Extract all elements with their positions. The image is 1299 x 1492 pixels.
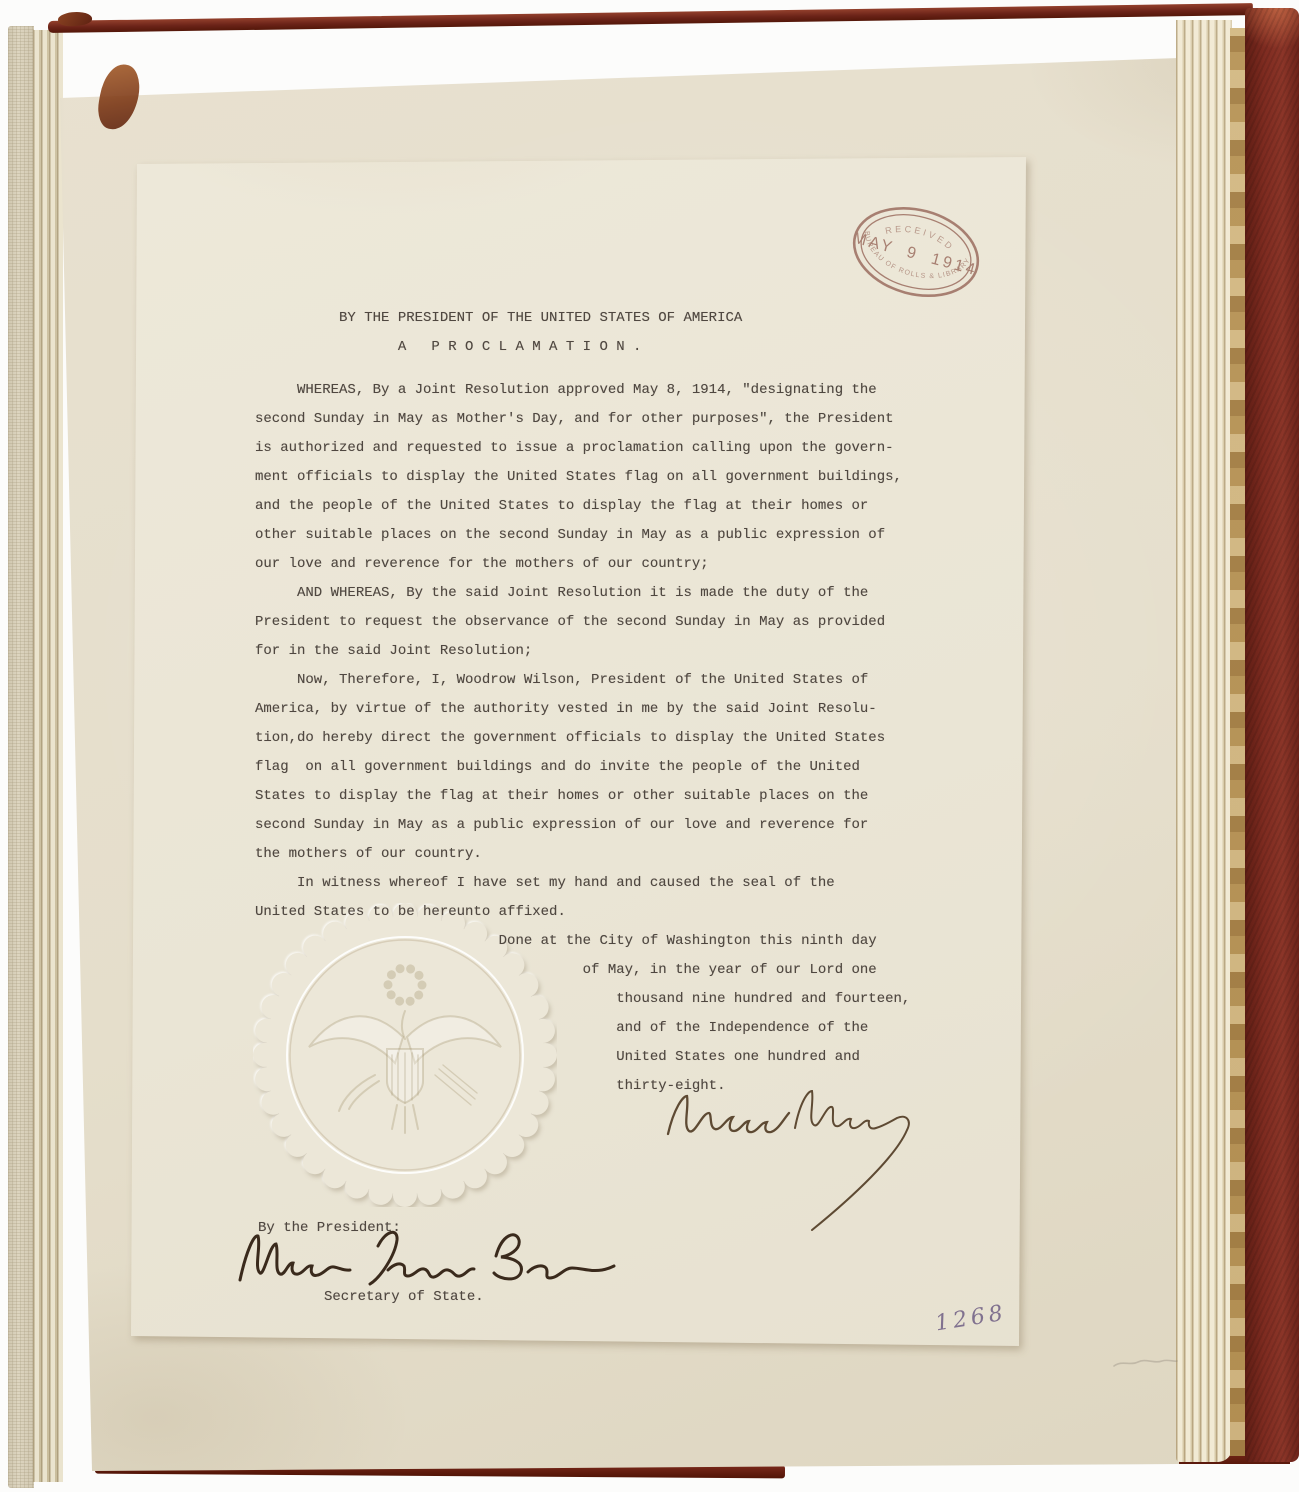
president-signature <box>640 1082 920 1242</box>
faint-pencil-smudge <box>1110 1352 1180 1374</box>
secretary-signature <box>228 1222 618 1297</box>
proclamation-body: WHEREAS, By a Joint Resolution approved … <box>255 376 910 1101</box>
photographed-bound-proclamation: RECEIVED MAY 9 1914 BUREAU OF ROLLS & LI… <box>0 0 1299 1492</box>
proclamation-title: BY THE PRESIDENT OF THE UNITED STATES OF… <box>255 304 742 362</box>
